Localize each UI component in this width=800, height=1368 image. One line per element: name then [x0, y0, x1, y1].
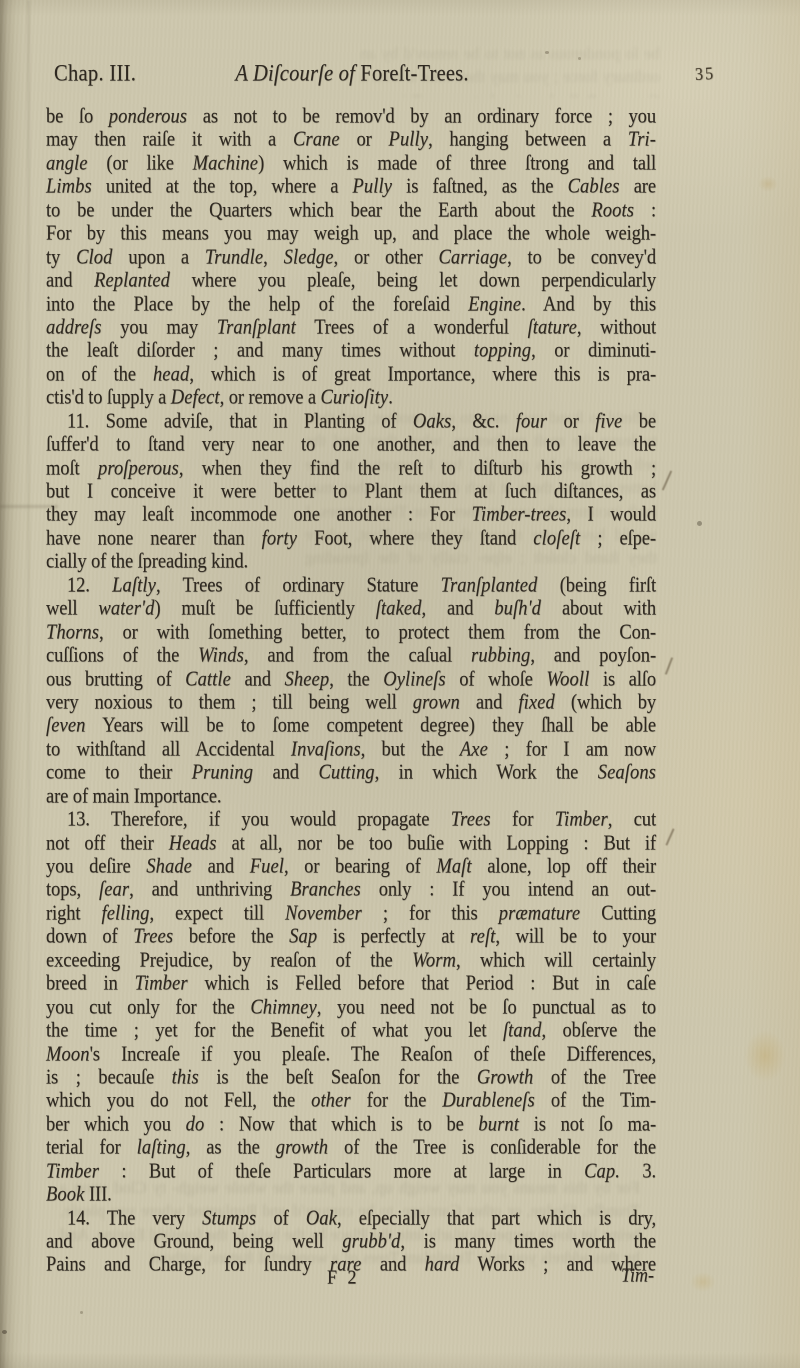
roman-text: , will be to your	[495, 926, 656, 949]
roman-text: , hanging between a	[428, 129, 628, 152]
italic-text: rubbing	[471, 644, 530, 667]
roman-text: , or bearing of	[284, 855, 436, 878]
roman-text: ) muſt be ſufficiently	[154, 598, 375, 621]
roman-text: of whoſe	[446, 668, 547, 691]
italic-text: ſtature	[528, 316, 577, 339]
roman-text: you cut only for the	[46, 996, 250, 1019]
paper-stain	[758, 176, 778, 192]
roman-text: Cutting	[580, 902, 656, 925]
roman-text: , but the	[361, 738, 460, 761]
roman-text: , when they find the reſt to diſturb his…	[179, 457, 656, 480]
italic-text: Curioſity	[320, 387, 388, 410]
direction-line: F 2 Tim-	[46, 1267, 658, 1293]
italic-text: Timber-trees	[472, 504, 567, 527]
roman-text: , and unthriving	[129, 879, 290, 902]
italic-text: Oak	[306, 1207, 337, 1230]
roman-text: , is many times worth the	[400, 1230, 656, 1253]
roman-text: , the	[329, 668, 383, 691]
roman-text: : Now that which is to be	[204, 1113, 478, 1136]
italic-text: Roots	[591, 199, 634, 222]
roman-text: , expect till	[149, 902, 285, 925]
italic-text: grubb'd	[342, 1230, 400, 1253]
catchword: Tim-	[621, 1264, 654, 1288]
roman-text: , or remove a	[220, 387, 321, 410]
italic-text: five	[595, 410, 622, 433]
italic-text: Timber	[135, 973, 188, 996]
roman-text: before the	[173, 926, 289, 949]
italic-text: Sheep	[285, 668, 330, 691]
italic-text: Sledge	[284, 246, 334, 269]
italic-text: Cattle	[185, 668, 231, 691]
roman-text: , or with ſomething better, to protect t…	[99, 621, 656, 644]
italic-text: Pully	[352, 176, 392, 199]
roman-text: only : If you intend an out-	[361, 879, 656, 902]
roman-text: ; for I am now	[488, 738, 656, 761]
roman-text: for the	[351, 1090, 443, 1113]
roman-text: ) which is made of three ſtrong and tall	[258, 152, 656, 175]
roman-text: , &c.	[451, 410, 515, 433]
italic-text: addreſs	[46, 316, 102, 339]
italic-text: ſear	[99, 879, 129, 902]
roman-text: to withſtand all Accidental	[46, 738, 291, 761]
roman-text: moſt	[46, 457, 98, 480]
running-title-italic: A Diſcourſe of	[235, 62, 355, 87]
roman-text: which is Felled before that Period : But…	[188, 973, 656, 996]
text-line: the time ; yet for the Benefit of what y…	[46, 1018, 656, 1045]
roman-text: III.	[84, 1184, 111, 1207]
roman-text: of the Tree	[533, 1066, 656, 1089]
roman-text: terial for	[46, 1137, 137, 1160]
roman-text: , in which Work the	[375, 762, 598, 785]
roman-text: , obſerve the	[541, 1019, 656, 1042]
roman-text: breed in	[46, 973, 135, 996]
roman-text: not off their	[46, 832, 169, 855]
italic-text: Trees	[133, 926, 173, 949]
roman-text: , to be convey'd	[507, 246, 656, 269]
italic-text: Oaks	[413, 410, 451, 433]
running-head: Chap. III. A Diſcourſe of Foreſt-Trees.	[46, 63, 658, 93]
text-line: cuſſions of the Winds, and from the caſu…	[46, 643, 656, 670]
roman-text: for	[491, 809, 555, 832]
ink-speck	[545, 51, 549, 54]
ink-speck	[578, 57, 581, 60]
roman-text: united at the top, where a	[92, 176, 353, 199]
roman-text: and	[231, 668, 285, 691]
italic-text: Pully	[389, 129, 429, 152]
roman-text: you deſire	[46, 855, 146, 878]
italic-text: ſtaked	[376, 598, 422, 621]
margin-pen-mark	[665, 828, 674, 845]
italic-text: Winds	[198, 644, 244, 667]
italic-text: Chimney	[250, 996, 316, 1019]
italic-text: Cutting	[318, 762, 374, 785]
vertical-crease	[27, 0, 30, 1368]
italic-text: Trundle	[205, 246, 263, 269]
italic-text: Moon	[46, 1043, 90, 1066]
roman-text: right	[46, 902, 102, 925]
italic-text: do	[186, 1113, 205, 1136]
italic-text: Fuel	[250, 855, 284, 878]
roman-text: ctis'd to ſupply a	[46, 387, 171, 410]
roman-text: , without	[577, 316, 656, 339]
roman-text: come to their	[46, 762, 192, 785]
roman-text: of the Tree is conſiderable for the	[328, 1137, 656, 1160]
italic-text: Durableneſs	[442, 1090, 535, 1113]
italic-text: Axe	[460, 738, 488, 761]
italic-text: Book	[46, 1184, 84, 1207]
running-title: A Diſcourſe of Foreſt-Trees.	[46, 62, 658, 88]
italic-text: Trees	[451, 809, 491, 832]
text-line: and Replanted where you pleaſe, being le…	[46, 268, 656, 295]
italic-text: Timber	[555, 809, 608, 832]
roman-text: as not to be remov'd by an ordinary forc…	[187, 105, 656, 128]
roman-text: 13. Therefore, if you would propagate	[67, 809, 451, 832]
roman-text: is not ſo ma-	[519, 1113, 656, 1136]
italic-text: water'd	[98, 598, 154, 621]
italic-text: Branches	[290, 879, 361, 902]
roman-text: , cut	[608, 809, 656, 832]
ink-speck	[697, 521, 702, 526]
ink-speck	[2, 1330, 7, 1334]
roman-text: , and	[422, 598, 495, 621]
roman-text: , you need not be ſo punctual as to	[317, 996, 656, 1019]
italic-text: Shade	[146, 855, 192, 878]
roman-text: and	[253, 762, 318, 785]
roman-text: cially of the ſpreading kind.	[46, 551, 248, 574]
roman-text: is ; becauſe	[46, 1066, 172, 1089]
roman-text: . And by this	[521, 293, 656, 316]
italic-text: Clod	[76, 246, 112, 269]
roman-text: , Trees of ordinary Stature	[156, 574, 441, 597]
roman-text: which you do not Fell, the	[46, 1090, 311, 1113]
italic-text: Crane	[293, 129, 340, 152]
roman-text: Trees of a wonderful	[296, 316, 528, 339]
roman-text: , as the	[186, 1137, 276, 1160]
roman-text: down of	[46, 926, 133, 949]
italic-text: this	[172, 1066, 199, 1089]
roman-text: the time ; yet for the Benefit of what y…	[46, 1019, 503, 1042]
roman-text: , and from the caſual	[244, 644, 471, 667]
italic-text: Machine	[193, 152, 258, 175]
roman-text: ous brutting of	[46, 668, 185, 691]
roman-text: of the Tim-	[535, 1090, 656, 1113]
roman-text: exceeding Prejudice, by reaſon of the	[46, 949, 412, 972]
italic-text: topping	[474, 340, 531, 363]
italic-text: ſtand	[503, 1019, 542, 1042]
italic-text: ponderous	[109, 105, 187, 128]
roman-text: ,	[263, 246, 283, 269]
roman-text: , I would	[566, 504, 656, 527]
italic-text: Tranſplanted	[441, 574, 538, 597]
roman-text: at all, nor be too buſie with Lopping : …	[217, 832, 657, 855]
italic-text: buſh'd	[494, 598, 541, 621]
roman-text: have none nearer than	[46, 527, 262, 550]
italic-text: Maſt	[436, 855, 471, 878]
roman-text: is perfectly at	[317, 926, 470, 949]
roman-text: ty	[46, 246, 76, 269]
roman-text: , or other	[334, 246, 439, 269]
roman-text: , and poyſon-	[530, 644, 656, 667]
roman-text: ſuffer'd to ſtand very near to one anoth…	[46, 434, 656, 457]
italic-text: growth	[276, 1137, 328, 1160]
paper-stain	[690, 1272, 716, 1292]
running-title-roman: Foreſt-Trees.	[355, 62, 469, 87]
margin-pen-mark	[665, 657, 673, 675]
roman-text: but I conceive it were better to Plant t…	[46, 480, 656, 503]
roman-text: are of main Importance.	[46, 785, 221, 808]
italic-text: Stumps	[202, 1207, 256, 1230]
page-number: 35	[694, 64, 715, 85]
roman-text: 14. The very	[67, 1207, 202, 1230]
italic-text: Defect	[171, 387, 220, 410]
italic-text: proſperous	[98, 457, 179, 480]
italic-text: Wooll	[546, 668, 589, 691]
italic-text: Heads	[169, 832, 217, 855]
roman-text: (or like	[88, 152, 193, 175]
italic-text: fixed	[518, 691, 554, 714]
italic-text: Invaſions	[291, 738, 361, 761]
roman-text: they may leaſt incommode one another : F…	[46, 504, 472, 527]
roman-text: (which by	[555, 691, 656, 714]
italic-text: angle	[46, 152, 88, 175]
roman-text: : But of theſe Particulars more at large…	[99, 1160, 584, 1183]
roman-text: alone, lop off their	[472, 855, 656, 878]
roman-text: is the beſt Seaſon for the	[199, 1066, 477, 1089]
roman-text: you may	[102, 316, 217, 339]
italic-text: felling	[102, 902, 150, 925]
italic-text: four	[516, 410, 547, 433]
roman-text: , eſpecially that part which is dry,	[337, 1207, 656, 1230]
roman-text: , or diminuti-	[531, 340, 656, 363]
italic-text: forty	[262, 527, 297, 550]
roman-text: Foot, where they ſtand	[297, 527, 533, 550]
roman-text: ; for this	[362, 902, 499, 925]
italic-text: Worm	[412, 949, 456, 972]
italic-text: Tri-	[628, 129, 656, 152]
italic-text: Pruning	[192, 762, 253, 785]
roman-text: ; eſpe-	[580, 527, 656, 550]
roman-text: , which is of great Importance, where th…	[189, 363, 656, 386]
italic-text: Cap.	[584, 1160, 620, 1183]
italic-text: cloſeſt	[533, 527, 580, 550]
roman-text: on of the	[46, 363, 153, 386]
italic-text: Seaſons	[598, 762, 656, 785]
roman-text: 3.	[620, 1160, 656, 1183]
margin-pen-mark	[662, 471, 672, 491]
italic-text: grown	[413, 691, 460, 714]
ink-speck	[80, 1311, 83, 1314]
italic-text: præmature	[499, 902, 580, 925]
roman-text: :	[634, 199, 656, 222]
roman-text: For by this means you may weigh up, and …	[46, 223, 656, 246]
italic-text: Replanted	[94, 269, 170, 292]
roman-text: ber which you	[46, 1113, 186, 1136]
italic-text: November	[285, 902, 362, 925]
roman-text: very noxious to them ; till being well	[46, 691, 413, 714]
italic-text: burnt	[478, 1113, 519, 1136]
roman-text: about with	[541, 598, 656, 621]
italic-text: Tranſplant	[217, 316, 296, 339]
roman-text: 12.	[67, 574, 112, 597]
roman-text: the leaſt diſorder ; and many times with…	[46, 340, 474, 363]
roman-text: is faſtned, as the	[392, 176, 568, 199]
roman-text: to be under the Quarters which bear the …	[46, 199, 591, 222]
roman-text: , which will certainly	[456, 949, 656, 972]
roman-text: be ſo	[46, 105, 109, 128]
roman-text: where you pleaſe, being let down perpend…	[170, 269, 656, 292]
paper-stain	[744, 1030, 786, 1082]
book-page-scan: be ſo ponderous as not to be remov'd by …	[0, 0, 800, 1368]
roman-text: Years will be to ſome competent degree) …	[86, 715, 656, 738]
roman-text: .	[388, 387, 393, 410]
roman-text: be	[622, 410, 656, 433]
italic-text: Carriage	[438, 246, 507, 269]
roman-text: (being firſt	[537, 574, 656, 597]
italic-text: Laſtly	[112, 574, 156, 597]
roman-text: and	[192, 855, 250, 878]
roman-text: 's Increaſe if you pleaſe. The Reaſon of…	[90, 1043, 656, 1066]
italic-text: Growth	[477, 1066, 533, 1089]
italic-text: head	[153, 363, 189, 386]
roman-text: and above Ground, being well	[46, 1230, 342, 1253]
roman-text: and	[460, 691, 519, 714]
italic-text: Limbs	[46, 176, 92, 199]
italic-text: Oylineſs	[383, 668, 445, 691]
roman-text: and	[46, 269, 94, 292]
roman-text: of	[256, 1207, 306, 1230]
italic-text: other	[311, 1090, 351, 1113]
roman-text: upon a	[112, 246, 204, 269]
italic-text: ſeven	[46, 715, 86, 738]
roman-text: tops,	[46, 879, 99, 902]
italic-text: Timber	[46, 1160, 99, 1183]
roman-text: are	[620, 176, 656, 199]
roman-text: may then raiſe it with a	[46, 129, 293, 152]
italic-text: laſting	[137, 1137, 186, 1160]
signature-mark: F 2	[327, 1266, 360, 1290]
roman-text: well	[46, 598, 98, 621]
italic-text: Cables	[568, 176, 620, 199]
roman-text: into the Place by the help of the foreſa…	[46, 293, 468, 316]
roman-text: is alſo	[589, 668, 656, 691]
roman-text: 11. Some adviſe, that in Planting of	[67, 410, 413, 433]
italic-text: Engine	[468, 293, 521, 316]
body-text: be ſo ponderous as not to be remov'd by …	[46, 106, 656, 1278]
italic-text: Sap	[289, 926, 317, 949]
roman-text: or	[547, 410, 595, 433]
roman-text: cuſſions of the	[46, 644, 198, 667]
italic-text: reſt	[470, 926, 495, 949]
roman-text: or	[340, 129, 389, 152]
italic-text: Thorns	[46, 621, 99, 644]
